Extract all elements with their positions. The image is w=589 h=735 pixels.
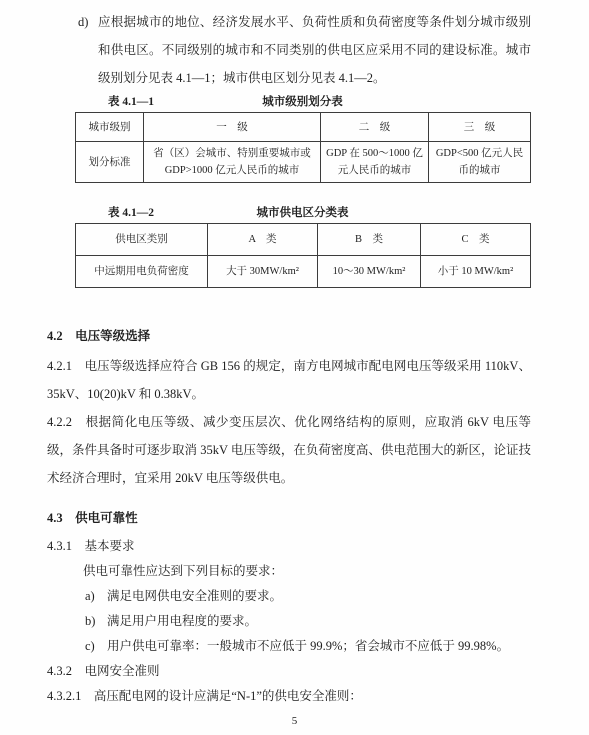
- list-item-d-text: 应根据城市的地位、经济发展水平、负荷性质和负荷密度等条件划分城市级别和供电区。不…: [98, 8, 531, 92]
- paragraph-4-3-2-1: 4.3.2.1 高压配电网的设计应满足“N-1”的供电安全准则：: [47, 684, 531, 709]
- list-item-b: b) 满足用户用电程度的要求。: [85, 609, 559, 634]
- subsection-4-3-2: 4.3.2 电网安全准则: [47, 659, 531, 684]
- table1-header-cell: 三 级: [429, 113, 531, 142]
- list-item-c-text: 用户供电可靠率：一般城市不应低于 99.9%；省会城市不应低于 99.98%。: [107, 634, 509, 659]
- table1-label: 表 4.1—1: [108, 94, 154, 110]
- document-page: d) 应根据城市的地位、经济发展水平、负荷性质和负荷密度等条件划分城市级别和供电…: [0, 0, 589, 735]
- table1-header-cell: 一 级: [144, 113, 321, 142]
- list-item-c: c) 用户供电可靠率：一般城市不应低于 99.9%；省会城市不应低于 99.98…: [85, 634, 559, 659]
- page-number: 5: [0, 715, 589, 727]
- list-item-b-text: 满足用户用电程度的要求。: [107, 609, 257, 634]
- section-heading-4-2: 4.2 电压等级选择: [47, 326, 531, 346]
- city-grade-table: 城市级别 一 级 二 级 三 级 划分标准 省（区）会城市、特别重要城市或 GD…: [75, 112, 531, 183]
- list-marker-a: a): [85, 584, 107, 609]
- list-marker-d: d): [78, 8, 98, 92]
- paragraph-4-2-1: 4.2.1 电压等级选择应符合 GB 156 的规定，南方电网城市配电网电压等级…: [47, 352, 531, 408]
- table2-header-cell: C 类: [421, 224, 531, 256]
- table1-row-label: 划分标准: [76, 142, 144, 183]
- table1-header-cell: 二 级: [321, 113, 429, 142]
- supply-area-table: 供电区类别 A 类 B 类 C 类 中远期用电负荷密度 大于 30MW/km² …: [75, 223, 531, 288]
- table2-cell: 10～30 MW/km²: [318, 256, 421, 288]
- table1-header-cell: 城市级别: [76, 113, 144, 142]
- table1-caption: 表 4.1—1 城市级别划分表: [75, 94, 530, 110]
- table2-cell: 大于 30MW/km²: [208, 256, 318, 288]
- list-marker-b: b): [85, 609, 107, 634]
- list-marker-c: c): [85, 634, 107, 659]
- paragraph-4-2-2: 4.2.2 根据简化电压等级、减少变压层次、优化网络结构的原则，应取消 6kV …: [47, 408, 531, 492]
- table2-cell: 小于 10 MW/km²: [421, 256, 531, 288]
- table2-label: 表 4.1—2: [108, 205, 154, 221]
- list-item-a: a) 满足电网供电安全准则的要求。: [85, 584, 559, 609]
- list-item-d: d) 应根据城市的地位、经济发展水平、负荷性质和负荷密度等条件划分城市级别和供电…: [0, 0, 589, 92]
- table2-header-cell: 供电区类别: [76, 224, 208, 256]
- table-row: 城市级别 一 级 二 级 三 级: [76, 113, 531, 142]
- table-row: 划分标准 省（区）会城市、特别重要城市或 GDP>1000 亿元人民币的城市 G…: [76, 142, 531, 183]
- table1-cell: GDP<500 亿元人民币的城市: [429, 142, 531, 183]
- table1-cell: GDP 在 500～1000 亿元人民币的城市: [321, 142, 429, 183]
- reliability-lead-text: 供电可靠性应达到下列目标的要求：: [83, 559, 531, 584]
- table2-row-label: 中远期用电负荷密度: [76, 256, 208, 288]
- section-heading-4-3: 4.3 供电可靠性: [47, 508, 531, 528]
- table1-cell: 省（区）会城市、特别重要城市或 GDP>1000 亿元人民币的城市: [144, 142, 321, 183]
- list-item-a-text: 满足电网供电安全准则的要求。: [107, 584, 282, 609]
- table2-header-cell: B 类: [318, 224, 421, 256]
- table2-header-cell: A 类: [208, 224, 318, 256]
- table2-caption: 表 4.1—2 城市供电区分类表: [75, 205, 530, 221]
- subsection-4-3-1: 4.3.1 基本要求: [47, 534, 531, 559]
- table-row: 中远期用电负荷密度 大于 30MW/km² 10～30 MW/km² 小于 10…: [76, 256, 531, 288]
- table-row: 供电区类别 A 类 B 类 C 类: [76, 224, 531, 256]
